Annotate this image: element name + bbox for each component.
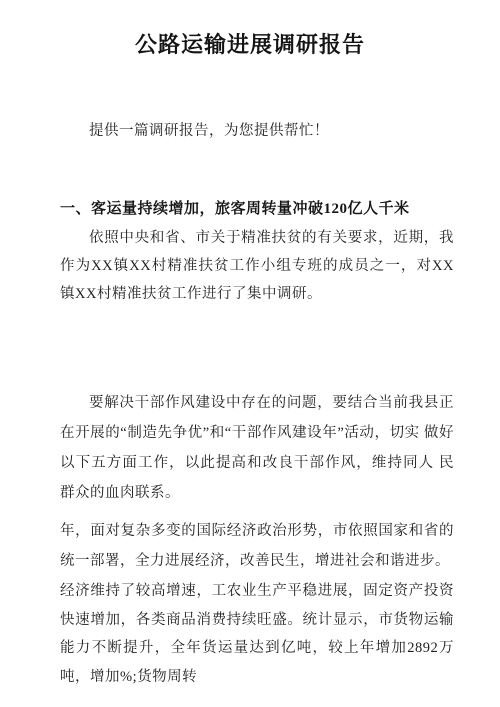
document-page: 公路运输进展调研报告 提供一篇调研报告，为您提供帮忙！ 一、客运量持续增加，旅客… xyxy=(0,0,500,707)
paragraph-economy-growth: 经济维持了较高增速，工农业生产平稳进展，固定资产投资 快速增加，各类商品消费持续… xyxy=(60,577,454,691)
intro-paragraph: 提供一篇调研报告，为您提供帮忙！ xyxy=(60,117,454,145)
section-heading: 一、客运量持续增加，旅客周转量冲破120亿人千米 xyxy=(60,195,454,223)
document-body: 提供一篇调研报告，为您提供帮忙！ 一、客运量持续增加，旅客周转量冲破120亿人千… xyxy=(0,117,500,691)
paragraph-survey: 依照中央和省、市关于精准扶贫的有关要求，近期，我 作为XX镇XX村精准扶贫工作小… xyxy=(60,224,454,308)
page-title: 公路运输进展调研报告 xyxy=(0,0,500,59)
paragraph-economy-situation: 年，面对复杂多变的国际经济政治形势，市依照国家和省的 统一部署，全力进展经济，改… xyxy=(60,516,454,576)
paragraph-work-style: 要解决干部作风建设中存在的问题，要结合当前我县正 在开展的“制造先争优”和“干部… xyxy=(60,388,454,508)
